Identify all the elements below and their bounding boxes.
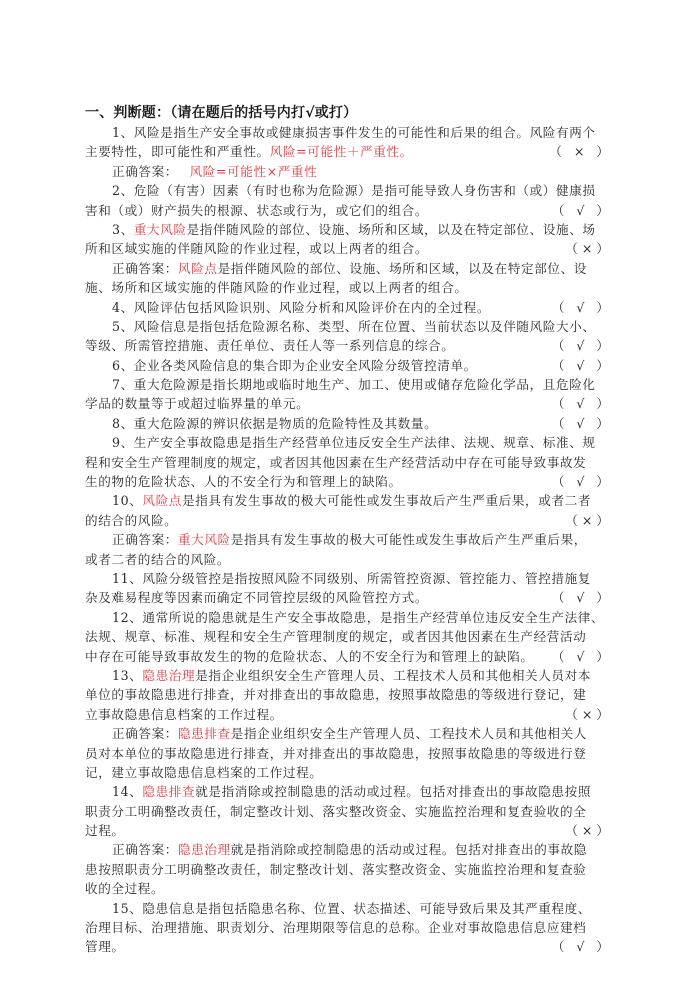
text-span: 正确答案： bbox=[112, 164, 189, 179]
text-span: 是指伴随风险的部位、设施、场所和区域，以及在特定部位、设 bbox=[218, 261, 587, 276]
text-span: 8、重大危险源的辨识依据是物质的危险特性及其数量。 bbox=[112, 416, 437, 431]
answer-mark: （×） bbox=[565, 239, 613, 258]
text-span: 管理。 bbox=[85, 939, 125, 954]
text-span: 员对本单位的事故隐患进行排查，并对排查出的事故隐患，按照事故隐患的等级进行登 bbox=[85, 746, 586, 761]
highlighted-term: 隐患治理 bbox=[142, 668, 195, 683]
text-line: 所和区域实施的伴随风险的作业过程，或以上两者的组合。（×） bbox=[85, 239, 613, 258]
text-line: 施、场所和区域实施的伴随风险的作业过程，或以上两者的组合。 bbox=[85, 278, 613, 297]
text-line: 的结合的风险。（×） bbox=[85, 511, 613, 530]
highlighted-term: 风险点 bbox=[142, 493, 182, 508]
text-span: 或者二者的结合的风险。 bbox=[85, 552, 230, 567]
text-line: 立事故隐患信息档案的工作过程。（×） bbox=[85, 705, 613, 724]
text-span: 主要特性，即可能性和严重性。 bbox=[85, 144, 270, 159]
answer-mark: （ √ ） bbox=[552, 414, 613, 433]
question-list: 1、风险是指生产安全事故或健康损害事件发生的可能性和后果的组合。风险有两个主要特… bbox=[85, 123, 613, 957]
text-span: 患按照职责分工明确整改责任，制定整改计划、落实整改资金、实施监控治理和复查验 bbox=[85, 862, 586, 877]
text-line: 过程。（×） bbox=[85, 821, 613, 840]
text-line: 杂及难易程度等因素而确定不同管控层级的风险管控方式。（ √ ） bbox=[85, 588, 613, 607]
text-span: 就是指消除或控制隐患的活动或过程。包括对排查出的事故隐患按照 bbox=[195, 784, 591, 799]
text-span: 生的物的危险状态、人的不安全行为和管理上的缺陷。 bbox=[85, 474, 402, 489]
text-line: 职责分工明确整改责任，制定整改计划、落实整改资金、实施监控治理和复查验收的全 bbox=[85, 802, 613, 821]
text-line: 单位的事故隐患进行排查，并对排查出的事故隐患，按照事故隐患的等级进行登记，建 bbox=[85, 685, 613, 704]
text-span: 就是指消除或控制隐患的活动或过程。包括对排查出的事故隐 bbox=[231, 842, 587, 857]
text-span: 1、风险是指生产安全事故或健康损害事件发生的可能性和后果的组合。风险有两个 bbox=[112, 125, 596, 140]
answer-mark: （×） bbox=[565, 705, 613, 724]
answer-mark: （ √ ） bbox=[552, 201, 613, 220]
highlighted-term: 风险点 bbox=[178, 261, 218, 276]
text-line: 生的物的危险状态、人的不安全行为和管理上的缺陷。（ √ ） bbox=[85, 472, 613, 491]
text-line: 正确答案：隐患排查是指企业组织安全生产管理人员、工程技术人员和其他相关人 bbox=[85, 724, 613, 743]
text-span: 11、风险分级管控是指按照风险不同级别、所需管控资源、管控能力、管控措施复 bbox=[112, 571, 591, 586]
text-line: 14、隐患排查就是指消除或控制隐患的活动或过程。包括对排查出的事故隐患按照 bbox=[85, 782, 613, 801]
text-span: 3、 bbox=[112, 222, 134, 237]
text-line: 1、风险是指生产安全事故或健康损害事件发生的可能性和后果的组合。风险有两个 bbox=[85, 123, 613, 142]
text-line: 等级、所需管控措施、责任单位、责任人等一系列信息的综合。（ √ ） bbox=[85, 336, 613, 355]
answer-mark: （ √ ） bbox=[552, 588, 613, 607]
text-line: 5、风险信息是指包括危险源名称、类型、所在位置、当前状态以及伴随风险大小、 bbox=[85, 317, 613, 336]
text-line: 正确答案：风险点是指伴随风险的部位、设施、场所和区域，以及在特定部位、设 bbox=[85, 259, 613, 278]
text-line: 收的全过程。 bbox=[85, 879, 613, 898]
text-line: 主要特性，即可能性和严重性。风险=可能性＋严重性。（ × ） bbox=[85, 142, 613, 161]
section-title: 一、判断题：（请在题后的括号内打√或打） bbox=[85, 103, 613, 123]
text-span: 程和安全生产管理制度的规定，或者因其他因素在生产经营活动中存在可能导致事故发 bbox=[85, 455, 586, 470]
text-span: 是指具有发生事故的极大可能性或发生事故后产生严重后果，或者二者 bbox=[182, 493, 591, 508]
text-span: 10、 bbox=[112, 493, 142, 508]
text-span: 正确答案： bbox=[112, 532, 178, 547]
answer-mark: （ √ ） bbox=[552, 937, 613, 956]
highlighted-term: 风险=可能性＋严重性。 bbox=[270, 144, 413, 159]
text-line: 记，建立事故隐患信息档案的工作过程。 bbox=[85, 763, 613, 782]
answer-mark: （ × ） bbox=[549, 142, 613, 161]
text-line: 15、隐患信息是指包括隐患名称、位置、状态描述、可能导致后果及其严重程度、 bbox=[85, 899, 613, 918]
text-line: 中存在可能导致事故发生的物的危险状态、人的不安全行为和管理上的缺陷。（ √ ） bbox=[85, 647, 613, 666]
answer-mark: （ √ ） bbox=[552, 356, 613, 375]
text-line: 4、风险评估包括风险识别、风险分析和风险评价在内的全过程。（ √ ） bbox=[85, 298, 613, 317]
text-line: 管理。（ √ ） bbox=[85, 937, 613, 956]
text-line: 9、生产安全事故隐患是指生产经营单位违反安全生产法律、法规、规章、标准、规 bbox=[85, 433, 613, 452]
text-span: 2、危险（有害）因素（有时也称为危险源）是指可能导致人身伤害和（或）健康损 bbox=[112, 183, 596, 198]
text-span: 是指伴随风险的部位、设施、场所和区域，以及在特定部位、设施、场 bbox=[187, 222, 596, 237]
answer-mark: （ √ ） bbox=[552, 394, 613, 413]
answer-mark: （ √ ） bbox=[552, 647, 613, 666]
text-span: 14、 bbox=[112, 784, 142, 799]
text-line: 治理目标、治理措施、职责划分、治理期限等信息的总称。企业对事故隐患信息应建档 bbox=[85, 918, 613, 937]
text-span: 收的全过程。 bbox=[85, 881, 164, 896]
text-line: 11、风险分级管控是指按照风险不同级别、所需管控资源、管控能力、管控措施复 bbox=[85, 569, 613, 588]
answer-mark: （ √ ） bbox=[552, 298, 613, 317]
text-span: 13、 bbox=[112, 668, 142, 683]
text-line: 10、风险点是指具有发生事故的极大可能性或发生事故后产生严重后果，或者二者 bbox=[85, 491, 613, 510]
text-span: 学品的数量等于或超过临界量的单元。 bbox=[85, 396, 309, 411]
text-line: 或者二者的结合的风险。 bbox=[85, 550, 613, 569]
text-span: 中存在可能导致事故发生的物的危险状态、人的不安全行为和管理上的缺陷。 bbox=[85, 649, 534, 664]
text-line: 患按照职责分工明确整改责任，制定整改计划、落实整改资金、实施监控治理和复查验 bbox=[85, 860, 613, 879]
text-span: 正确答案： bbox=[112, 726, 178, 741]
text-line: 3、重大风险是指伴随风险的部位、设施、场所和区域，以及在特定部位、设施、场 bbox=[85, 220, 613, 239]
text-span: 治理目标、治理措施、职责划分、治理期限等信息的总称。企业对事故隐患信息应建档 bbox=[85, 920, 586, 935]
text-span: 单位的事故隐患进行排查，并对排查出的事故隐患，按照事故隐患的等级进行登记，建 bbox=[85, 687, 586, 702]
text-span: 正确答案： bbox=[112, 842, 178, 857]
text-span: 6、企业各类风险信息的集合即为企业安全风险分级管控清单。 bbox=[112, 358, 477, 373]
text-line: 正确答案：重大风险是指具有发生事故的极大可能性或发生事故后产生严重后果， bbox=[85, 530, 613, 549]
text-span: 害和（或）财产损失的根源、状态或行为，或它们的组合。 bbox=[85, 203, 428, 218]
text-span: 5、风险信息是指包括危险源名称、类型、所在位置、当前状态以及伴随风险大小、 bbox=[112, 319, 596, 334]
text-line: 12、通常所说的隐患就是生产安全事故隐患，是指生产经营单位违反安全生产法律、 bbox=[85, 608, 613, 627]
text-line: 程和安全生产管理制度的规定，或者因其他因素在生产经营活动中存在可能导致事故发 bbox=[85, 453, 613, 472]
text-span: 是指企业组织安全生产管理人员、工程技术人员和其他相关人 bbox=[231, 726, 587, 741]
text-line: 正确答案：隐患治理就是指消除或控制隐患的活动或过程。包括对排查出的事故隐 bbox=[85, 840, 613, 859]
text-span: 9、生产安全事故隐患是指生产经营单位违反安全生产法律、法规、规章、标准、规 bbox=[112, 435, 596, 450]
text-line: 13、隐患治理是指企业组织安全生产管理人员、工程技术人员和其他相关人员对本 bbox=[85, 666, 613, 685]
highlighted-term: 隐患治理 bbox=[178, 842, 231, 857]
text-line: 员对本单位的事故隐患进行排查，并对排查出的事故隐患，按照事故隐患的等级进行登 bbox=[85, 744, 613, 763]
answer-mark: （×） bbox=[565, 821, 613, 840]
highlighted-term: 隐患排查 bbox=[178, 726, 231, 741]
highlighted-term: 重大风险 bbox=[134, 222, 187, 237]
highlighted-term: 重大风险 bbox=[178, 532, 231, 547]
text-line: 害和（或）财产损失的根源、状态或行为，或它们的组合。（ √ ） bbox=[85, 201, 613, 220]
highlighted-term: 风险=可能性×严重性 bbox=[189, 164, 317, 179]
text-line: 2、危险（有害）因素（有时也称为危险源）是指可能导致人身伤害和（或）健康损 bbox=[85, 181, 613, 200]
answer-mark: （ √ ） bbox=[552, 336, 613, 355]
text-span: 7、重大危险源是指长期地或临时地生产、加工、使用或储存危险化学品，且危险化 bbox=[112, 377, 596, 392]
text-span: 正确答案： bbox=[112, 261, 178, 276]
text-span: 立事故隐患信息档案的工作过程。 bbox=[85, 707, 283, 722]
highlighted-term: 隐患排查 bbox=[142, 784, 195, 799]
text-line: 8、重大危险源的辨识依据是物质的危险特性及其数量。（ √ ） bbox=[85, 414, 613, 433]
text-span: 是指企业组织安全生产管理人员、工程技术人员和其他相关人员对本 bbox=[195, 668, 591, 683]
text-line: 6、企业各类风险信息的集合即为企业安全风险分级管控清单。（ √ ） bbox=[85, 356, 613, 375]
text-span: 所和区域实施的伴随风险的作业过程，或以上两者的组合。 bbox=[85, 241, 428, 256]
text-span: 过程。 bbox=[85, 823, 125, 838]
text-span: 记，建立事故隐患信息档案的工作过程。 bbox=[85, 765, 323, 780]
text-span: 15、隐患信息是指包括隐患名称、位置、状态描述、可能导致后果及其严重程度、 bbox=[112, 901, 591, 916]
text-span: 等级、所需管控措施、责任单位、责任人等一系列信息的综合。 bbox=[85, 338, 454, 353]
text-span: 施、场所和区域实施的伴随风险的作业过程，或以上两者的组合。 bbox=[85, 280, 468, 295]
document-page: 一、判断题：（请在题后的括号内打√或打） 1、风险是指生产安全事故或健康损害事件… bbox=[85, 103, 613, 957]
text-span: 的结合的风险。 bbox=[85, 513, 177, 528]
text-line: 正确答案： 风险=可能性×严重性 bbox=[85, 162, 613, 181]
text-span: 12、通常所说的隐患就是生产安全事故隐患，是指生产经营单位违反安全生产法律、 bbox=[112, 610, 604, 625]
answer-mark: （×） bbox=[565, 511, 613, 530]
text-line: 学品的数量等于或超过临界量的单元。（ √ ） bbox=[85, 394, 613, 413]
text-line: 法规、规章、标准、规程和安全生产管理制度的规定，或者因其他因素在生产经营活动 bbox=[85, 627, 613, 646]
text-span: 职责分工明确整改责任，制定整改计划、落实整改资金、实施监控治理和复查验收的全 bbox=[85, 804, 586, 819]
text-span: 4、风险评估包括风险识别、风险分析和风险评价在内的全过程。 bbox=[112, 300, 490, 315]
text-span: 法规、规章、标准、规程和安全生产管理制度的规定，或者因其他因素在生产经营活动 bbox=[85, 629, 586, 644]
text-line: 7、重大危险源是指长期地或临时地生产、加工、使用或储存危险化学品，且危险化 bbox=[85, 375, 613, 394]
text-span: 是指具有发生事故的极大可能性或发生事故后产生严重后果， bbox=[231, 532, 587, 547]
text-span: 杂及难易程度等因素而确定不同管控层级的风险管控方式。 bbox=[85, 590, 428, 605]
answer-mark: （ √ ） bbox=[552, 472, 613, 491]
